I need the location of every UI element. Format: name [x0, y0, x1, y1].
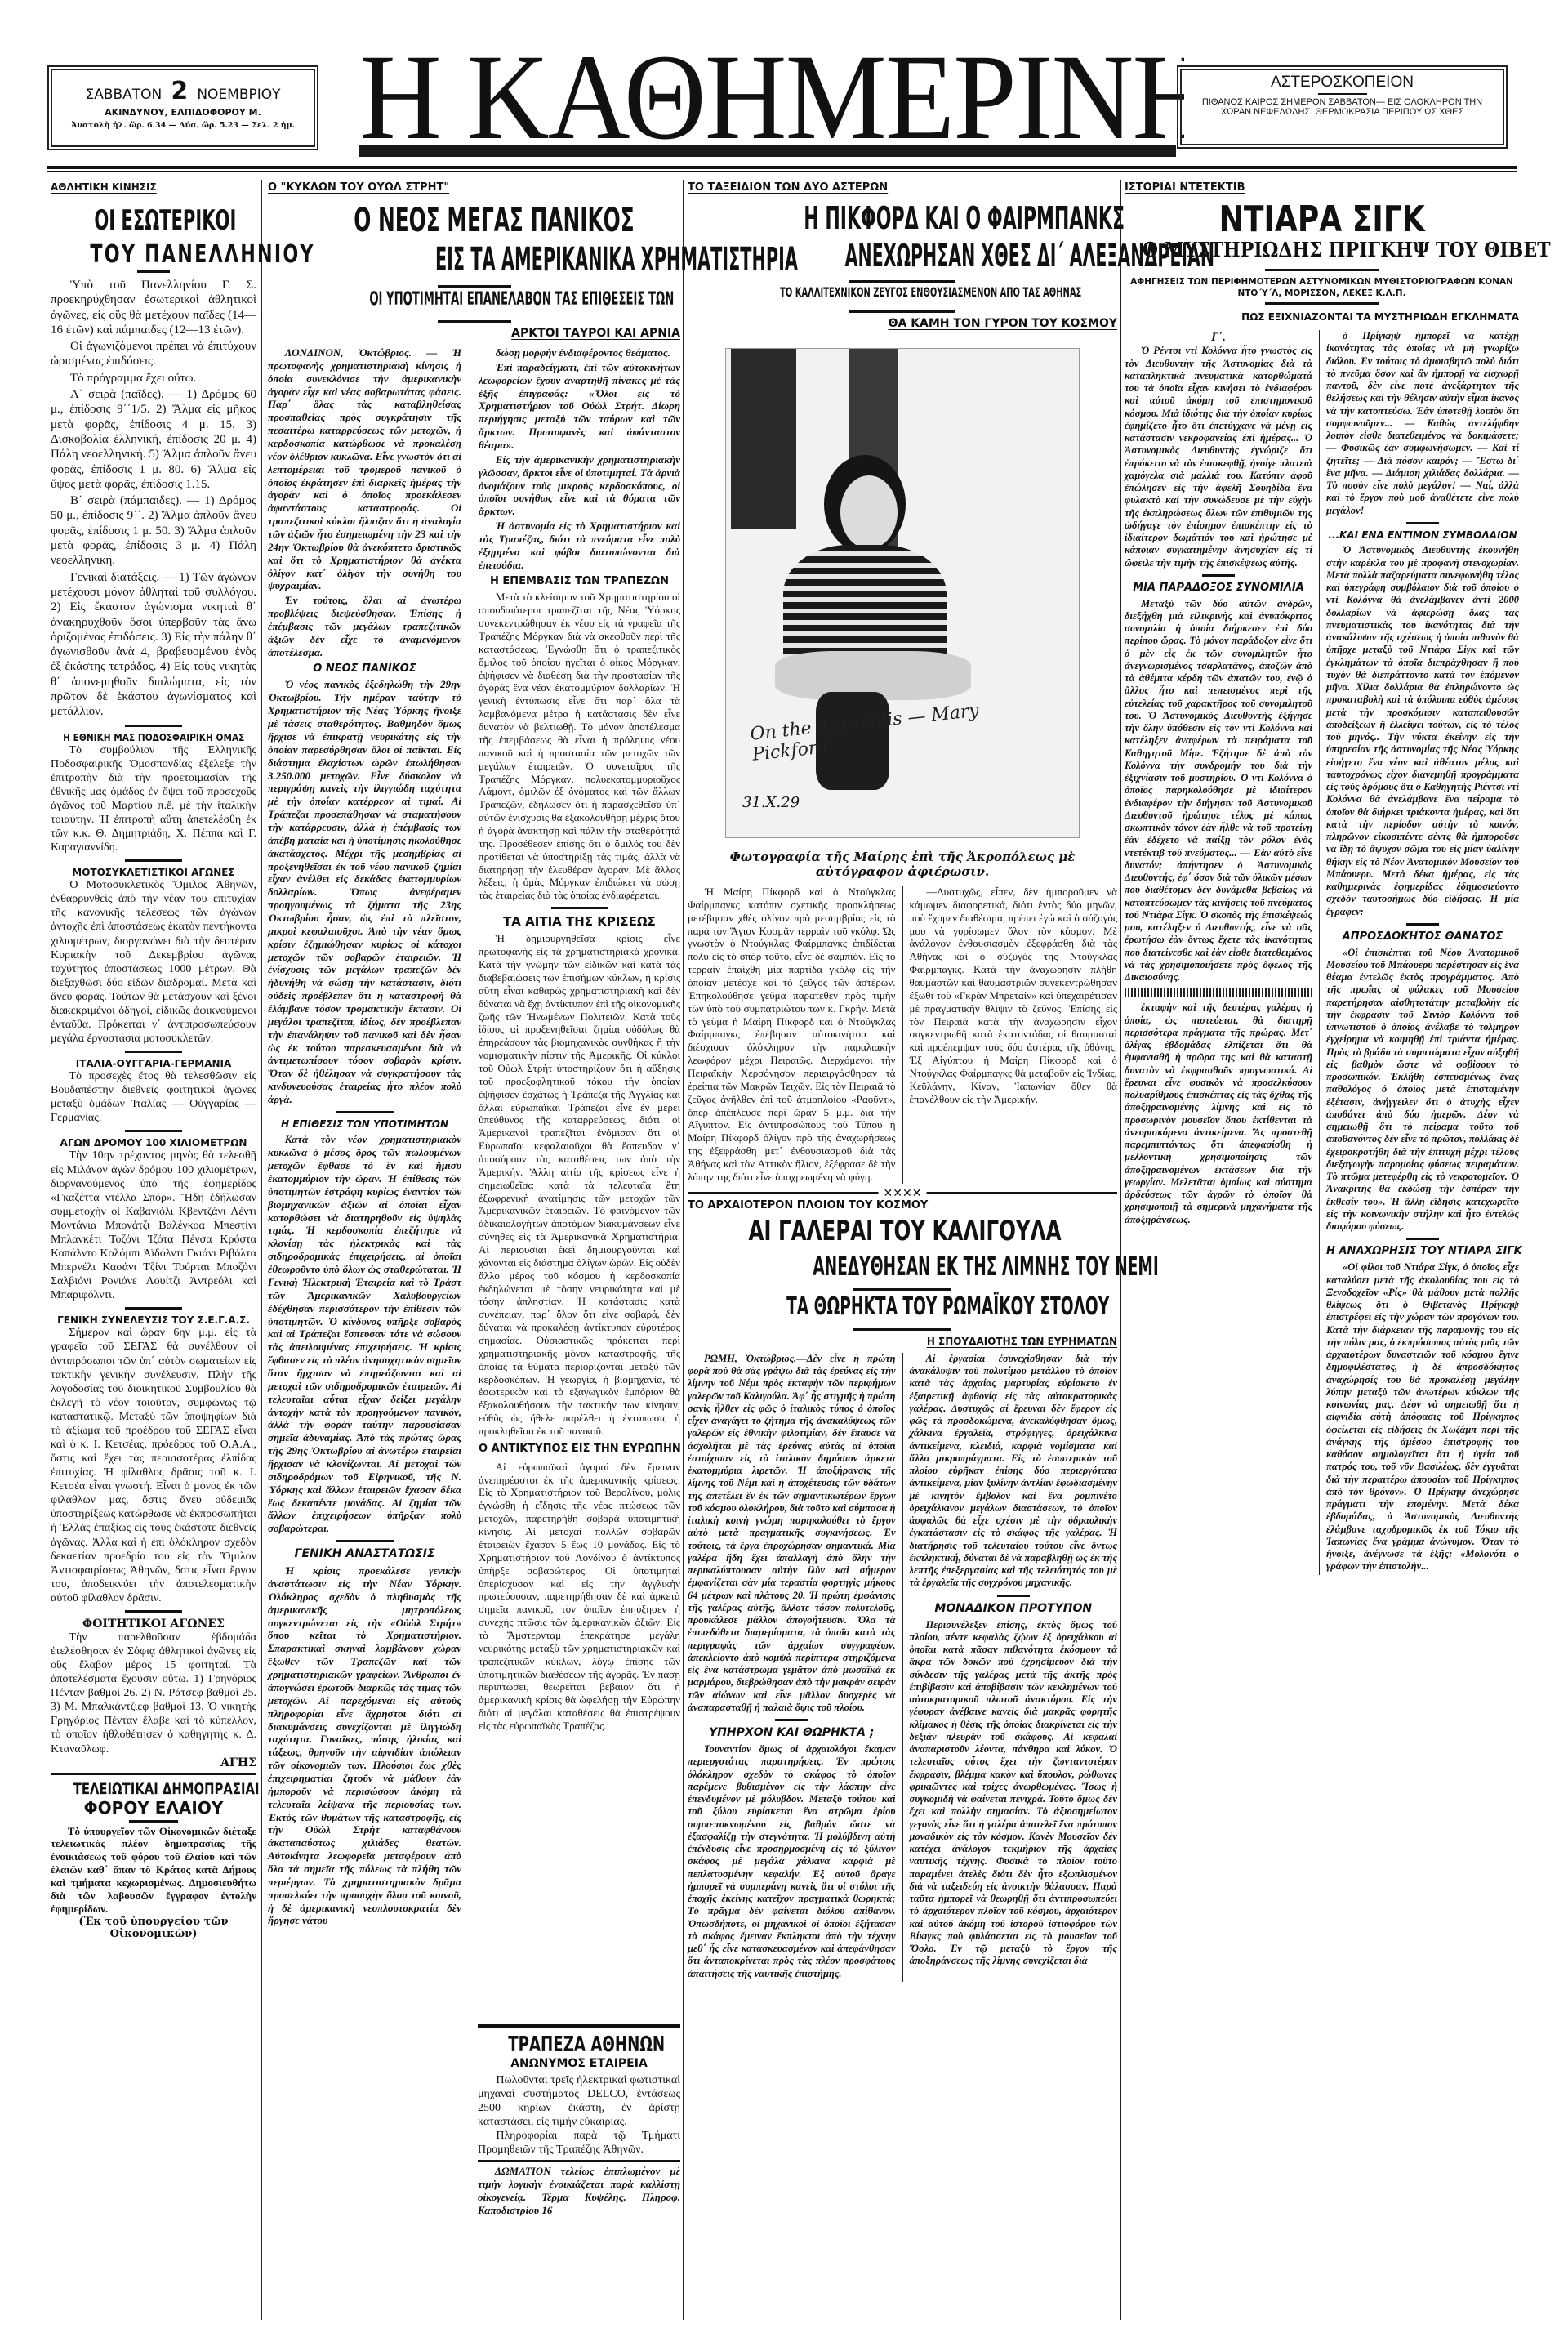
headline-caligula-2: ΑΝΕΔΥΘΗΣΑΝ ΕΚ ΤΗΣ ΛΙΜΝΗΣ ΤΟΥ ΝΕΜΙ	[813, 1251, 1158, 1282]
wall-street-col-a: ΛΟΝΔΙΝΟΝ, Ὀκτώβριος. — Ἡ πρωτοφανὴς χρημ…	[268, 346, 461, 1929]
headline-caligula-1: ΑΙ ΓΑΛΕΡΑΙ ΤΟΥ ΚΑΛΙΓΟΥΛΑ	[748, 1215, 1061, 1247]
subhead: ΜΟΤΟΣΥΚΛΕΤΙΣΤΙΚΟΙ ΑΓΩΝΕΣ	[51, 867, 256, 878]
article-wall-street: Ο "ΚΥΚΛΩΝ ΤΟΥ ΟΥΩΛ ΣΤΡΗΤ" Ο ΝΕΟΣ ΜΕΓΑΣ Π…	[268, 181, 680, 1929]
photo-figure-body	[783, 545, 947, 667]
kicker-pickford: ΤΟ ΤΑΞΕΙΔΙΟΝ ΤΩΝ ΔΥΟ ΑΣΤΕΡΩΝ	[688, 181, 1117, 194]
headline-athletics-1: ΟΙ ΕΣΩΤΕΡΙΚΟΙ	[94, 204, 236, 237]
section-rule	[51, 1773, 256, 1775]
newspaper-name: Η ΚΑΘΗΜΕΡΙΝΗ	[359, 36, 1184, 158]
column-divider	[683, 180, 684, 2320]
notice-olive-tax: ΤΕΛΕΙΩΤΙΚΑΙ ΔΗΜΟΠΡΑΣΙΑΙ ΦΟΡΟΥ ΕΛΑΙΟΥ	[51, 1780, 256, 1823]
deck-caligula: Η ΣΠΟΥΔΑΙΟΤΗΣ ΤΩΝ ΕΥΡΗΜΑΤΩΝ	[927, 1336, 1117, 1347]
deck-detective: ΑΦΗΓΗΣΕΙΣ ΤΩΝ ΠΕΡΙΦΗΜΟΤΕΡΩΝ ΑΣΤΥΝΟΜΙΚΩΝ …	[1125, 276, 1519, 299]
subhead: ΓΕΝΙΚΗ ΣΥΝΕΛΕΥΣΙΣ ΤΟΥ Σ.Ε.Γ.Α.Σ.	[51, 1314, 256, 1326]
headline-caligula-3: ΤΑ ΘΩΡΗΚΤΑ ΤΟΥ ΡΩΜΑΪΚΟΥ ΣΤΟΛΟΥ	[786, 1292, 1109, 1321]
masthead-rule	[47, 166, 1517, 169]
article-detective: ΙΣΤΟΡΙΑΙ ΝΤΕΤΕΚΤΙΒ ΝΤΙΑΡΑ ΣΙΓΚ Ο ΜΥΣΤΗΡΙ…	[1125, 181, 1519, 1575]
headline-wall-street-1: Ο ΝΕΟΣ ΜΕΓΑΣ ΠΑΝΙΚΟΣ	[354, 202, 634, 239]
subhead: Η ΕΘΝΙΚΗ ΜΑΣ ΠΟΔΟΣΦΑΙΡΙΚΗ ΟΜΑΣ	[63, 732, 244, 743]
subhead: ΜΟΝΑΔΙΚΟΝ ΠΡΟΤΥΠΟΝ	[909, 1602, 1117, 1616]
deck-pickford: ΤΟ ΚΑΛΛΙΤΕΧΝΙΚΟΝ ΖΕΥΓΟΣ ΕΝΘΟΥΣΙΑΣΜΕΝΟΝ Α…	[780, 284, 1081, 300]
subhead: ΤΑ ΑΙΤΙΑ ΤΗΣ ΚΡΙΣΕΩΣ	[479, 914, 680, 929]
article-pickford-fairbanks: ΤΟ ΤΑΞΕΙΔΙΟΝ ΤΩΝ ΔΥΟ ΑΣΤΕΡΩΝ Η ΠΙΚΦΟΡΔ Κ…	[688, 181, 1117, 1982]
byline: ΑΓΗΣ	[51, 1756, 256, 1769]
subhead: ΦΟΙΤΗΤΙΚΟΙ ΑΓΩΝΕΣ	[51, 1617, 256, 1631]
masthead-title: Η ΚΑΘΗΜΕΡΙΝΗ	[359, 36, 1184, 158]
column-divider	[261, 180, 262, 2320]
ad-bank-of-athens: ΤΡΑΠΕΖΑ ΑΘΗΝΩΝ ΑΝΩΝΥΜΟΣ ΕΤΑΙΡΕΙΑ Πωλοῦντ…	[478, 2024, 680, 2217]
ad-title: ΤΡΑΠΕΖΑ ΑΘΗΝΩΝ	[508, 2032, 650, 2057]
sports-section: ΦΟΙΤΗΤΙΚΟΙ ΑΓΩΝΕΣ Τὴν παρελθοῦσαν ἑβδομά…	[51, 1610, 256, 1756]
weather-title: ΑΣΤΕΡΟΣΚΟΠΕΙΟΝ	[1182, 74, 1503, 91]
pickford-col-b: —Δυστυχῶς, εἶπεν, δὲν ἠμποροῦμεν νὰ κάμω…	[909, 886, 1117, 1184]
detective-col-b: ὁ Πρίγκηψ ἠμπορεῖ νὰ κατέχῃ ἱκανότητας τ…	[1326, 330, 1519, 1575]
weather-box: ΑΣΤΕΡΟΣΚΟΠΕΙΟΝ ΠΙΘΑΝΟΣ ΚΑΙΡΟΣ ΣΗΜΕΡΟΝ ΣΑ…	[1177, 65, 1508, 149]
deck-wall-street: ΟΙ ΥΠΟΤΙΜΗΤΑΙ ΕΠΑΝΕΛΑΒΟΝ ΤΑΣ ΕΠΙΘΕΣΕΙΣ Τ…	[369, 289, 674, 310]
subhead: Ο ΑΝΤΙΚΤΥΠΟΣ ΕΙΣ ΤΗΝ ΕΥΡΩΠΗΝ	[479, 1443, 680, 1456]
headline-detective-2: Ο ΜΥΣΤΗΡΙΩΔΗΣ ΠΡΙΓΚΗΨ ΤΟΥ ΘΙΒΕΤ	[1143, 238, 1551, 261]
photo-autograph: On the Acropolis — Mary Pickford	[749, 692, 1062, 765]
deck-pickford-2: ΘΑ ΚΑΜΗ ΤΟΝ ΓΥΡΟΝ ΤΟΥ ΚΟΣΜΟΥ	[889, 317, 1117, 330]
headline-pickford-1: Η ΠΙΚΦΟΡΔ ΚΑΙ Ο ΦΑΙΡΜΠΑΝΚΣ	[804, 200, 1125, 236]
deck-wall-street-2: ΑΡΚΤΟΙ ΤΑΥΡΟΙ ΚΑΙ ΑΡΝΙΑ	[511, 327, 680, 340]
subhead: ΜΙΑ ΠΑΡΑΔΟΞΟΣ ΣΥΝΟΜΙΛΙΑ	[1125, 582, 1312, 595]
date-box: ΣΑΒΒΑΤΟΝ 2 ΝΟΕΜΒΡΙΟΥ ΑΚΙΝΔΥΝΟΥ, ΕΛΠΙΔΟΦΟ…	[47, 65, 318, 150]
photo-caption: Φωτογραφία τῆς Μαίρης ἐπὶ τῆς Ἀκροπόλεως…	[696, 850, 1109, 879]
inner-column-divider	[470, 346, 470, 1929]
caligula-col-b: Αἱ ἐργασίαι ἐσυνεχίσθησαν διὰ τὴν ἀνακάλ…	[909, 1353, 1117, 1982]
photo-mary-pickford: On the Acropolis — Mary Pickford 31.X.29	[725, 348, 1080, 838]
kicker-athletics: ΑΘΛΗΤΙΚΗ ΚΙΝΗΣΙΣ	[51, 181, 256, 193]
deck-detective-2: ΠΩΣ ΕΞΙΧΝΙΑΖΟΝΤΑΙ ΤΑ ΜΥΣΤΗΡΙΩΔΗ ΕΓΚΛΗΜΑΤ…	[1241, 311, 1519, 323]
subhead: ...ΚΑΙ ΕΝΑ ΕΝΤΙΜΟΝ ΣΥΜΒΟΛΑΙΟΝ	[1326, 529, 1519, 542]
kicker-caligula: ΤΟ ΑΡΧΑΙΟΤΕΡΟΝ ΠΛΟΙΟΝ ΤΟΥ ΚΟΣΜΟΥ	[688, 1199, 1117, 1211]
photo-date-mark: 31.X.29	[742, 794, 800, 811]
ornamental-divider: ✕✕✕✕	[688, 1192, 1117, 1194]
sports-section: ΜΟΤΟΣΥΚΛΕΤΙΣΤΙΚΟΙ ΑΓΩΝΕΣ Ὁ Μοτοσυκλετικὸ…	[51, 859, 256, 1046]
inner-column-divider	[1319, 330, 1320, 1575]
subhead: ΓΕΝΙΚΗ ΑΝΑΣΤΑΤΩΣΙΣ	[268, 1547, 461, 1561]
kicker-detective: ΙΣΤΟΡΙΑΙ ΝΤΕΤΕΚΤΙΒ	[1125, 181, 1519, 194]
subhead: Ο ΝΕΟΣ ΠΑΝΙΚΟΣ	[268, 663, 461, 676]
sports-section: ΓΕΝΙΚΗ ΣΥΝΕΛΕΥΣΙΣ ΤΟΥ Σ.Ε.Γ.Α.Σ. Σήμερον…	[51, 1307, 256, 1605]
pickford-col-a: Ἡ Μαίρη Πίκφορδ καὶ ὁ Ντούγκλας Φαίρμπαγ…	[688, 886, 896, 1184]
caligula-col-a: ΡΩΜΗ, Ὀκτώβριος.—Δὲν εἶνε ἡ πρώτη φορὰ π…	[688, 1353, 896, 1982]
dotted-divider	[1125, 988, 1312, 997]
subhead: Η ΕΠΕΜΒΑΣΙΣ ΤΩΝ ΤΡΑΠΕΖΩΝ	[479, 575, 680, 588]
weather-forecast: ΠΙΘΑΝΟΣ ΚΑΙΡΟΣ ΣΗΜΕΡΟΝ ΣΑΒΒΑΤΟΝ— ΕΙΣ ΟΛΟ…	[1182, 97, 1503, 117]
sun-times: Ἀνατολὴ ἡλ. ὥρ. 6.34 — Δύσ. ὥρ. 5.23 — Σ…	[52, 121, 314, 130]
classified-ad: ΔΩΜΑΤΙΟΝ τελείως ἐπιπλωμένον μὲ τιμὴν λο…	[478, 2165, 680, 2216]
photo-figure-face	[840, 475, 898, 549]
date-number: 2	[171, 77, 188, 105]
subhead: ΑΠΡΟΣΔΟΚΗΤΟΣ ΘΑΝΑΤΟΣ	[1326, 930, 1519, 944]
subhead: ΑΓΩΝ ΔΡΟΜΟΥ 100 ΧΙΛΙΟΜΕΤΡΩΝ	[51, 1137, 256, 1149]
wall-street-col-b: δώσῃ μορφὴν ἐνδιαφέροντος θεάματος. Ἐπὶ …	[479, 346, 680, 1929]
subhead: Η ΕΠΙΘΕΣΙΣ ΤΩΝ ΥΠΟΤΙΜΗΤΩΝ	[268, 1118, 461, 1131]
inner-column-divider	[902, 886, 903, 1184]
detective-col-a: Γ΄. Ὁ Ρέντσι ντὶ Κολόννα ἦτο γνωστὸς εἰς…	[1125, 330, 1312, 1575]
chapter-number: Γ΄.	[1125, 330, 1312, 345]
athletics-article: Ὑπὸ τοῦ Πανελληνίου Γ. Σ. προεκηρύχθησαν…	[51, 278, 256, 720]
headline-detective-1: ΝΤΙΑΡΑ ΣΙΓΚ	[1218, 199, 1424, 240]
sports-section: ΙΤΑΛΙΑ-ΟΥΓΓΑΡΙΑ-ΓΕΡΜΑΝΙΑ Τὸ προσεχὲς ἔτο…	[51, 1051, 256, 1125]
kicker-wall-street: Ο "ΚΥΚΛΩΝ ΤΟΥ ΟΥΩΛ ΣΤΡΗΤ"	[268, 181, 680, 194]
subhead: Η ΑΝΑΧΩΡΗΣΙΣ ΤΟΥ ΝΤΙΑΡΑ ΣΙΓΚ	[1326, 1245, 1519, 1258]
subhead: ΥΠΗΡΧΟΝ ΚΑΙ ΘΩΡΗΚΤΑ ;	[688, 1726, 896, 1740]
column-sports: ΑΘΛΗΤΙΚΗ ΚΙΝΗΣΙΣ ΟΙ ΕΣΩΤΕΡΙΚΟΙ ΤΟΥ ΠΑΝΕΛ…	[51, 181, 256, 1940]
name-day-saints: ΑΚΙΝΔΥΝΟΥ, ΕΛΠΙΔΟΦΟΡΟΥ Μ.	[52, 107, 314, 118]
masthead-underbar	[359, 145, 1176, 157]
masthead-rule-thin	[47, 171, 1517, 172]
sports-section: Η ΕΘΝΙΚΗ ΜΑΣ ΠΟΔΟΣΦΑΙΡΙΚΗ ΟΜΑΣ Τὸ συμβού…	[51, 725, 256, 855]
date-day: ΣΑΒΒΑΤΟΝ	[85, 87, 162, 103]
inner-column-divider	[902, 1353, 903, 1982]
photo-dark-door	[731, 349, 796, 529]
subhead: ΙΤΑΛΙΑ-ΟΥΓΓΑΡΙΑ-ΓΕΡΜΑΝΙΑ	[51, 1058, 256, 1069]
date-month: ΝΟΕΜΒΡΙΟΥ	[197, 87, 280, 103]
sports-section: ΑΓΩΝ ΔΡΟΜΟΥ 100 ΧΙΛΙΟΜΕΤΡΩΝ Τὴν 10ην τρέ…	[51, 1130, 256, 1302]
ad-subtitle: ΑΝΩΝΥΜΟΣ ΕΤΑΙΡΕΙΑ	[478, 2057, 680, 2070]
